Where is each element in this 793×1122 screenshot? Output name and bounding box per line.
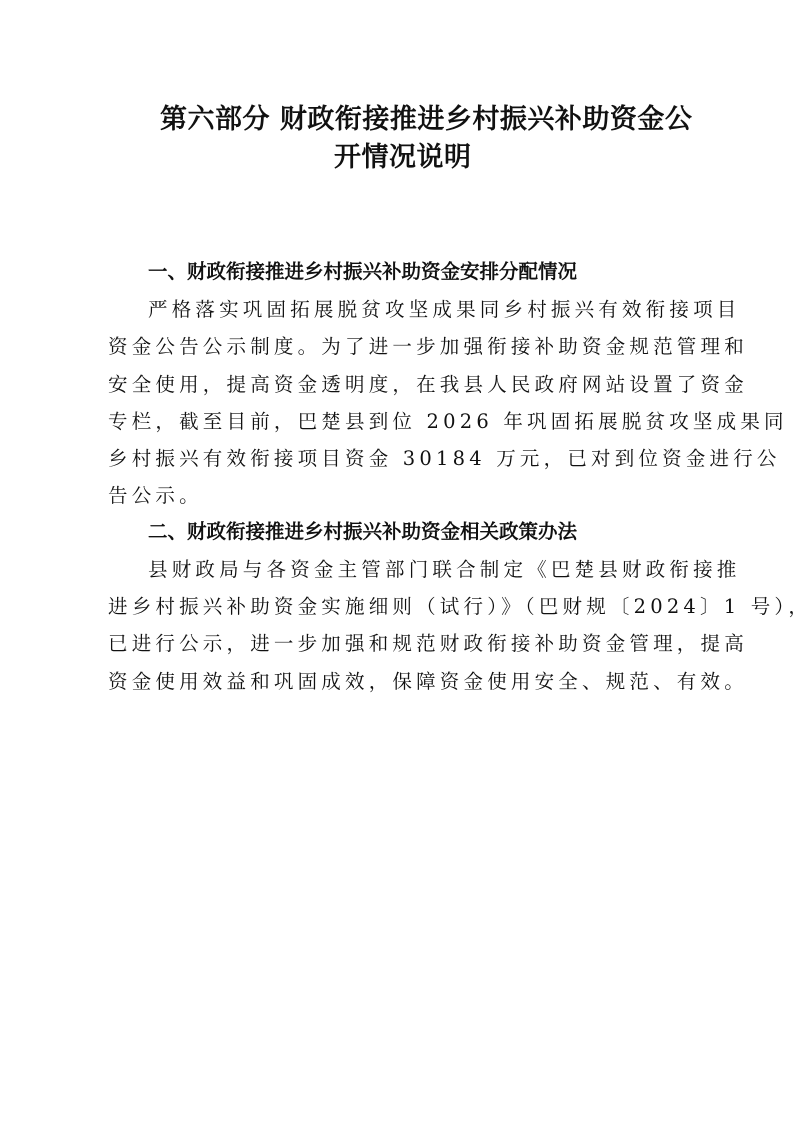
- section-1-line: 告公示。: [108, 483, 690, 509]
- section-2-line: 进乡村振兴补助资金实施细则（试行）》（巴财规〔2024〕1 号），: [108, 594, 690, 620]
- section-2-heading: 二、财政衔接推进乡村振兴补助资金相关政策办法: [148, 520, 577, 544]
- section-2-line: 已进行公示，进一步加强和规范财政衔接补助资金管理，提高: [108, 631, 690, 657]
- section-1-line: 严格落实巩固拓展脱贫攻坚成果同乡村振兴有效衔接项目: [148, 297, 690, 323]
- section-1-line: 专栏，截至目前，巴楚县到位 2026 年巩固拓展脱贫攻坚成果同: [108, 409, 690, 435]
- section-1-line: 安全使用，提高资金透明度，在我县人民政府网站设置了资金: [108, 372, 690, 398]
- section-1-line: 乡村振兴有效衔接项目资金 30184 万元，已对到位资金进行公: [108, 446, 690, 472]
- section-1-heading: 一、财政衔接推进乡村振兴补助资金安排分配情况: [148, 260, 577, 284]
- document-page: 第六部分 财政衔接推进乡村振兴补助资金公 开情况说明 一、财政衔接推进乡村振兴补…: [0, 0, 793, 1122]
- section-2-line: 资金使用效益和巩固成效，保障资金使用安全、规范、有效。: [108, 669, 690, 695]
- document-title-line-1: 第六部分 财政衔接推进乡村振兴补助资金公: [160, 100, 793, 140]
- section-1-line: 资金公告公示制度。为了进一步加强衔接补助资金规范管理和: [108, 334, 690, 360]
- document-title-line-2: 开情况说明: [334, 138, 793, 178]
- section-2-line: 县财政局与各资金主管部门联合制定《巴楚县财政衔接推: [148, 557, 690, 583]
